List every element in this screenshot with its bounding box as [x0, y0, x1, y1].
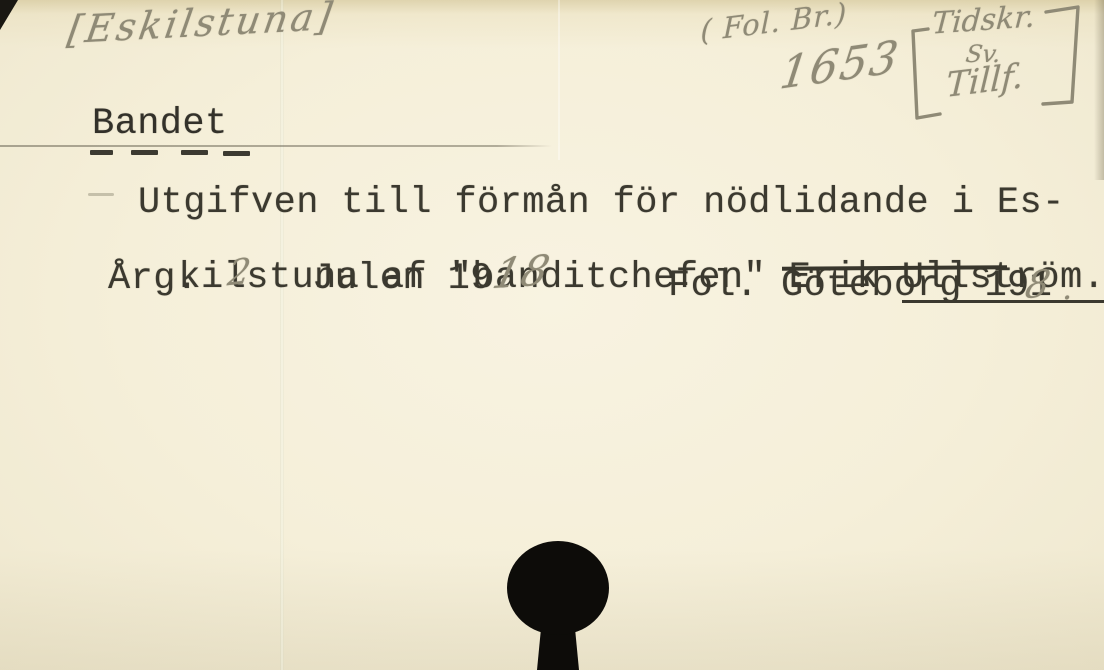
pencil-period: .: [1062, 272, 1072, 304]
printed-rule-line: [0, 145, 552, 147]
fol-goteborg-label: Fol. Göteborg 191: [668, 268, 1052, 305]
title-underline-dash: [181, 150, 208, 155]
arg-label: Årg.: [108, 261, 198, 298]
card-title: Bandet: [92, 106, 228, 143]
title-underline-dash: [131, 150, 158, 155]
pencil-bracket-annotation: Tidskr. Sv. Tillf.: [896, 0, 1101, 130]
body-line-1: Utgifven till förmån för nödlidande i Es…: [138, 185, 1065, 222]
card-corner-cutoff: [0, 0, 18, 30]
card-crease-left: [280, 0, 284, 670]
bracket-line-tillf: Tillf.: [945, 59, 1024, 103]
keyhole-punch: [500, 538, 620, 670]
catalog-card: [Eskilstuna] ( Fol. Br.) 1653 Tidskr. Sv…: [0, 0, 1104, 670]
title-underline-dash: [223, 151, 250, 156]
stray-pencil-mark: [88, 193, 114, 196]
julen-label: Julen 19: [312, 261, 493, 298]
title-underline-dash: [90, 150, 113, 155]
pencil-number-1653: 1653: [777, 35, 902, 97]
pencil-julen-year: 18: [489, 250, 555, 296]
bracket-line-tidskr: Tidskr.: [931, 2, 1036, 39]
pencil-note-fol-br: ( Fol. Br.): [700, 0, 847, 46]
card-crease-top: [558, 0, 560, 160]
pencil-note-eskilstuna: [Eskilstuna]: [65, 0, 337, 49]
